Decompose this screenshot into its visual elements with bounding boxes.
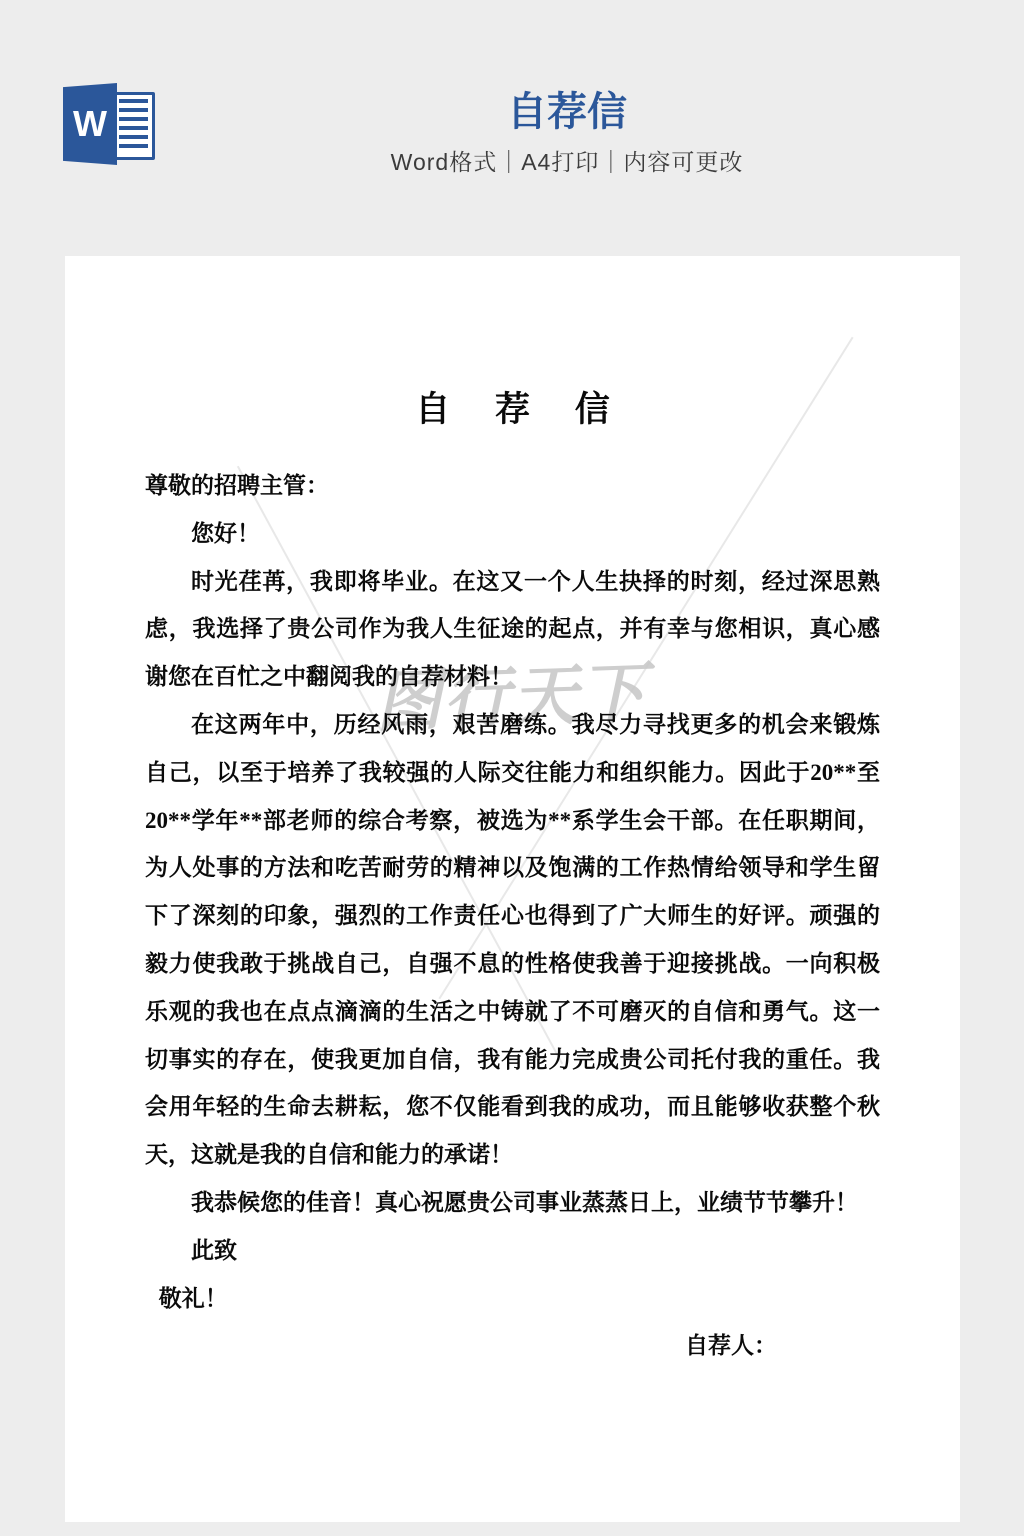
header: W 自荐信 Word格式｜A4打印｜内容可更改: [0, 0, 1024, 256]
header-text: 自荐信 Word格式｜A4打印｜内容可更改: [0, 90, 1024, 177]
cizhi-line: 此致: [145, 1227, 880, 1275]
salutation-line: 尊敬的招聘主管：: [145, 462, 880, 510]
document-title: 自 荐 信: [65, 388, 960, 432]
letter-body: 尊敬的招聘主管： 您好！ 时光荏苒，我即将毕业。在这又一个人生抉择的时刻，经过深…: [145, 462, 880, 1370]
document-page: 图行天下 自 荐 信 尊敬的招聘主管： 您好！ 时光荏苒，我即将毕业。在这又一个…: [65, 256, 960, 1522]
paragraph-main: 在这两年中，历经风雨，艰苦磨练。我尽力寻找更多的机会来锻炼自己，以至于培养了我较…: [145, 701, 880, 1179]
greeting-line: 您好！: [145, 510, 880, 558]
jingli-line: 敬礼！: [145, 1275, 880, 1323]
paragraph-intro: 时光荏苒，我即将毕业。在这又一个人生抉择的时刻，经过深思熟虑，我选择了贵公司作为…: [145, 558, 880, 701]
paragraph-wish: 我恭候您的佳音！真心祝愿贵公司事业蒸蒸日上，业绩节节攀升！: [145, 1179, 880, 1227]
page-subtitle: Word格式｜A4打印｜内容可更改: [110, 144, 1024, 177]
signature-line: 自荐人：: [145, 1322, 880, 1370]
template-preview: W 自荐信 Word格式｜A4打印｜内容可更改 图行天下 自 荐 信 尊敬的招聘…: [0, 0, 1024, 1536]
page-title: 自荐信: [110, 90, 1024, 134]
